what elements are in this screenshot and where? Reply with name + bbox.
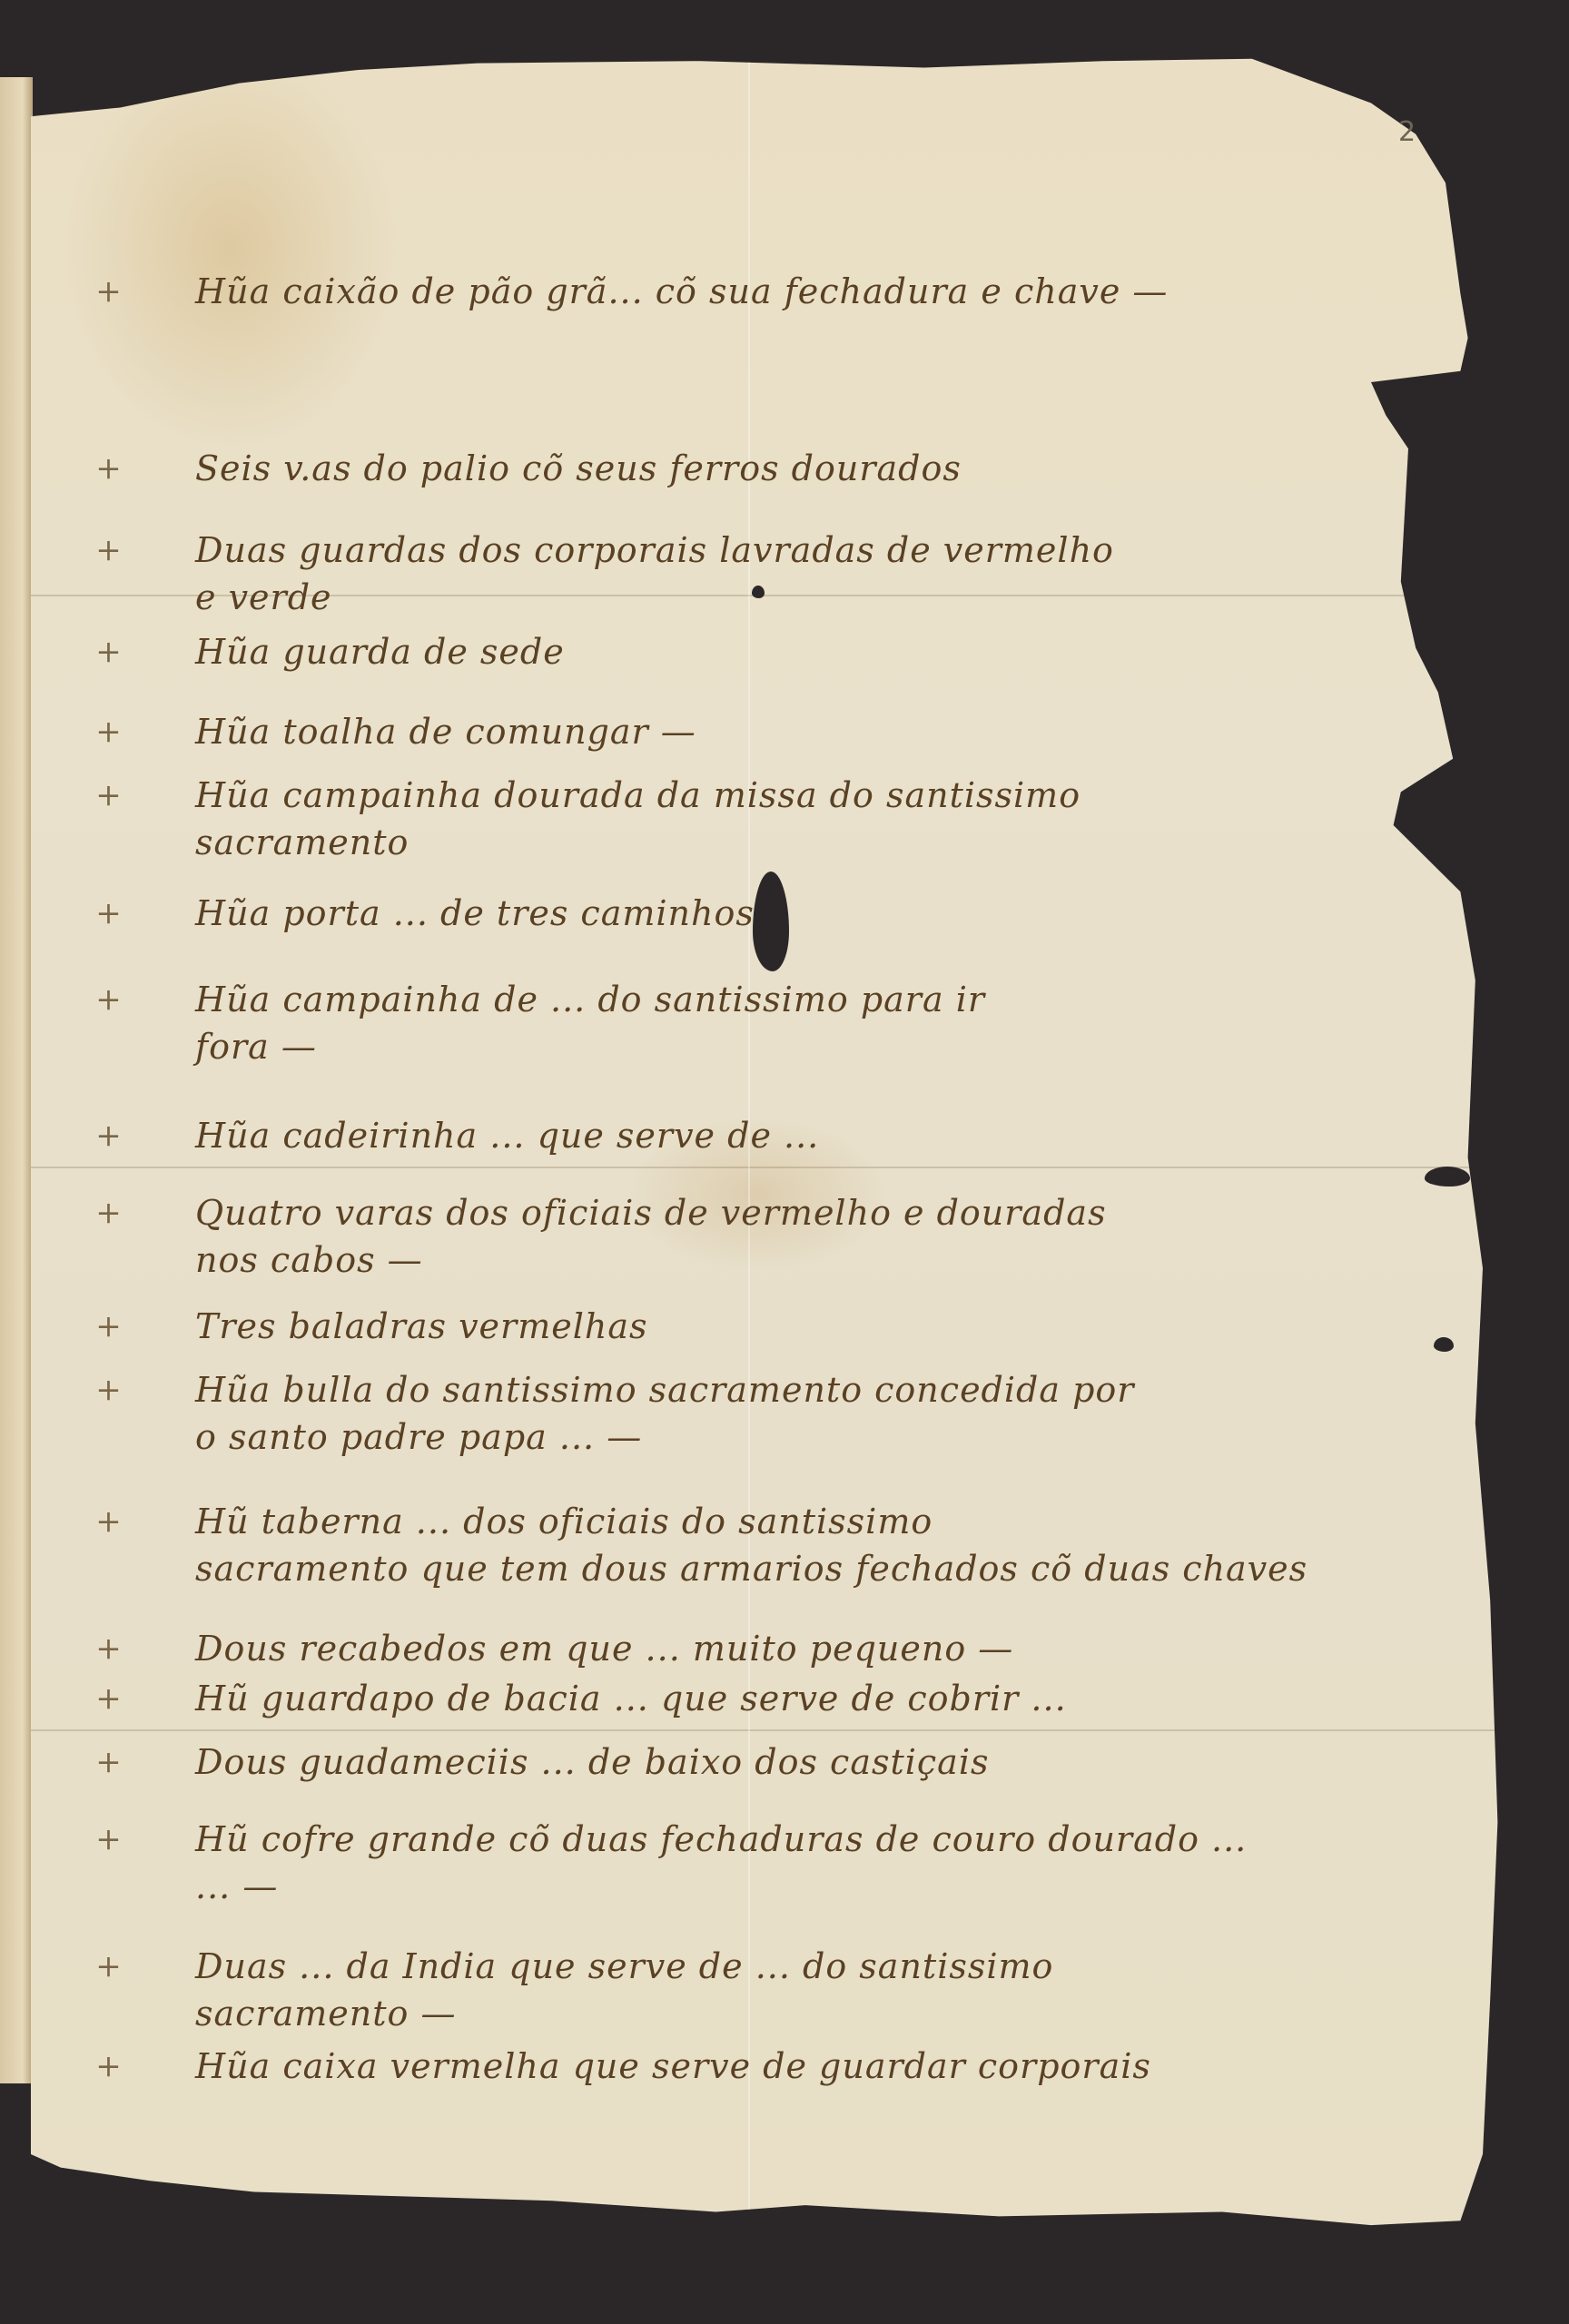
- entry-text: Tres baladras vermelhas: [195, 1303, 648, 1350]
- entry-text: Hũa bulla do santissimo sacramento conce…: [195, 1366, 1134, 1461]
- page-number: 2: [1398, 116, 1416, 148]
- entry-mark: +: [91, 628, 127, 675]
- entry-text: Hũa caixa vermelha que serve de guardar …: [195, 2043, 1151, 2090]
- paper-hole: [753, 871, 789, 971]
- entry-text: Seis v.as do palio cõ seus ferros dourad…: [195, 445, 962, 492]
- entry-mark: +: [91, 268, 127, 315]
- entry-mark: +: [91, 1738, 127, 1786]
- entry-text: Hũa porta ... de tres caminhos: [195, 890, 755, 937]
- entry-mark: +: [91, 1303, 127, 1350]
- entry-text: Hũa campainha de ... do santissimo para …: [195, 976, 985, 1070]
- entry-text: Hũa cadeirinha ... que serve de ...: [195, 1112, 819, 1159]
- entry-text: Duas ... da India que serve de ... do sa…: [195, 1943, 1053, 2037]
- entry-mark: +: [91, 1943, 127, 1990]
- entry-mark: +: [91, 445, 127, 492]
- entry-text: Hũa campainha dourada da missa do santis…: [195, 772, 1081, 866]
- entry-text: Duas guardas dos corporais lavradas de v…: [195, 527, 1114, 621]
- entry-text: Quatro varas dos oficiais de vermelho e …: [195, 1189, 1107, 1284]
- entry-mark: +: [91, 890, 127, 937]
- entry-text: Dous guadameciis ... de baixo dos castiç…: [195, 1738, 990, 1786]
- entry-text: Hũa guarda de sede: [195, 628, 565, 675]
- entry-mark: +: [91, 1675, 127, 1722]
- fold-line: [31, 1167, 1520, 1168]
- adjacent-leaf-edge: [0, 77, 33, 2083]
- entry-mark: +: [91, 1498, 127, 1545]
- paper-hole: [1425, 1167, 1470, 1187]
- entry-mark: +: [91, 1816, 127, 1863]
- entry-mark: +: [91, 1625, 127, 1672]
- entry-text: Dous recabedos em que ... muito pequeno …: [195, 1625, 1013, 1672]
- entry-text: Hũ guardapo de bacia ... que serve de co…: [195, 1675, 1067, 1722]
- entry-mark: +: [91, 1366, 127, 1413]
- entry-text: Hũ taberna ... dos oficiais do santissim…: [195, 1498, 1307, 1592]
- entry-mark: +: [91, 1189, 127, 1236]
- paper-hole: [1434, 1337, 1454, 1352]
- entry-mark: +: [91, 708, 127, 755]
- fold-line: [31, 1729, 1520, 1731]
- entry-mark: +: [91, 772, 127, 819]
- entry-text: Hũa toalha de comungar —: [195, 708, 696, 755]
- entry-text: Hũa caixão de pão grã... cõ sua fechadur…: [195, 268, 1168, 315]
- entry-mark: +: [91, 976, 127, 1023]
- entry-mark: +: [91, 1112, 127, 1159]
- entry-mark: +: [91, 2043, 127, 2090]
- entry-mark: +: [91, 527, 127, 574]
- entry-text: Hũ cofre grande cõ duas fechaduras de co…: [195, 1816, 1247, 1910]
